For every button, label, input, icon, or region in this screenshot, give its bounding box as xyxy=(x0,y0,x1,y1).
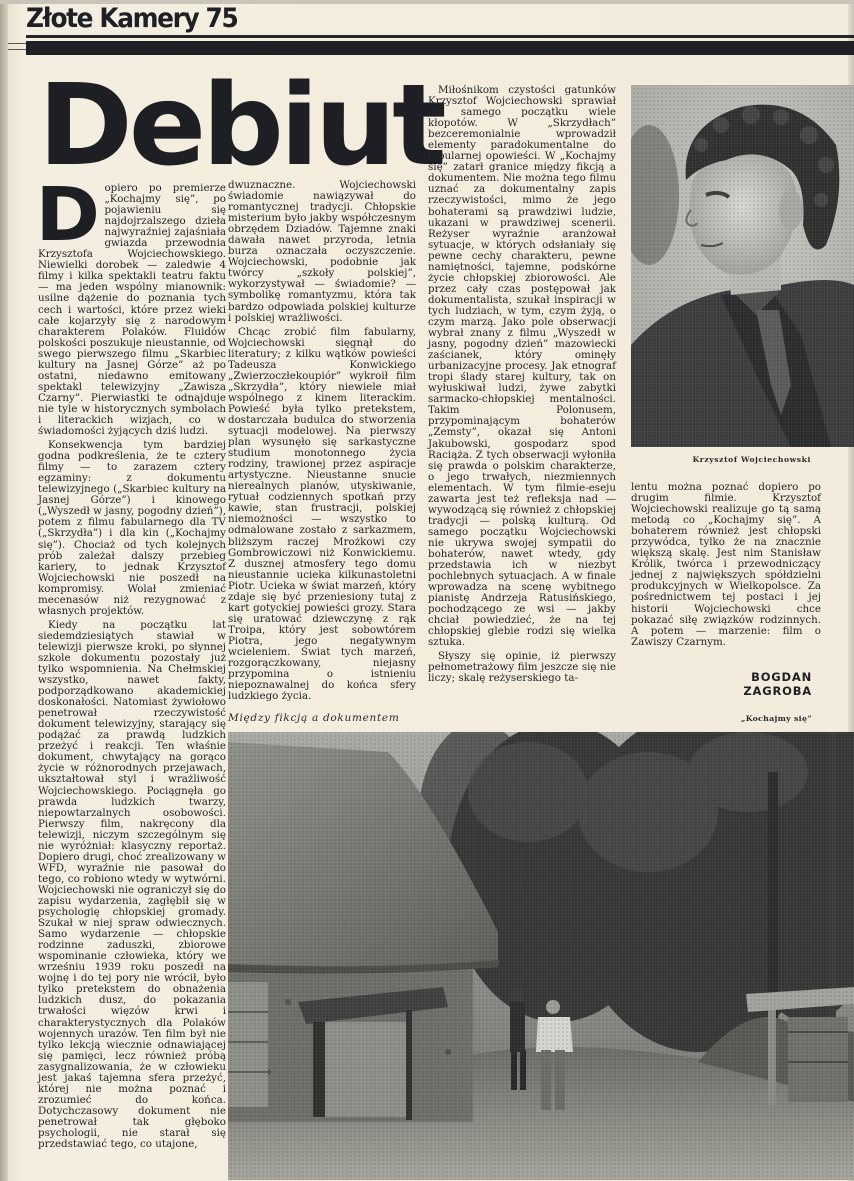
village-photo-icon xyxy=(228,732,854,1180)
photo-caption-right: „Kochajmy się” xyxy=(700,714,812,723)
header-rule-thick xyxy=(26,41,854,55)
paragraph: Słyszy się opinie, iż pierwszy pełnometr… xyxy=(428,651,616,684)
photo-caption-left: Między fikcją a dokumentem xyxy=(228,712,428,724)
gutter-rule-mark xyxy=(8,49,26,50)
drop-cap: D xyxy=(35,185,100,245)
gutter-rule-mark xyxy=(8,43,26,44)
article-headline: Debiut xyxy=(38,76,443,176)
paragraph: D opiero po premierze „Kochajmy się”, po… xyxy=(38,183,226,437)
paragraph: dwuznaczne. Wojciechowski świadomie nawi… xyxy=(228,180,416,324)
author-last-name: ZAGROBA xyxy=(700,684,812,698)
article-column-3: Miłośnikom czystości gatunków Krzysztof … xyxy=(428,85,616,685)
paragraph: Konsekwencja tym bardziej godna podkreśl… xyxy=(38,440,226,617)
article-column-2: dwuznaczne. Wojciechowski świadomie nawi… xyxy=(228,180,416,702)
paragraph: Miłośnikom czystości gatunków Krzysztof … xyxy=(428,85,616,648)
author-byline: BOGDAN ZAGROBA xyxy=(700,670,812,698)
header-rule-thin xyxy=(26,35,854,38)
article-column-4: lentu można poznać dopiero po drugim fil… xyxy=(631,482,821,648)
page-gutter-shadow xyxy=(0,0,8,1181)
paragraph: Kiedy na początku lat siedemdziesiątych … xyxy=(38,620,226,1150)
article-column-1: D opiero po premierze „Kochajmy się”, po… xyxy=(38,183,226,1150)
paragraph: lentu można poznać dopiero po drugim fil… xyxy=(631,482,821,648)
running-title: Złote Kamery 75 xyxy=(26,4,237,34)
paragraph: Chcąc zrobić film fabularny, Wojciechows… xyxy=(228,327,416,703)
portrait-caption: Krzysztof Wojciechowski xyxy=(631,455,811,464)
author-first-name: BOGDAN xyxy=(700,670,812,684)
magazine-page: Złote Kamery 75 Debiut D opiero po premi… xyxy=(0,0,854,1181)
photo-grain xyxy=(228,732,854,1180)
portrait-photo-icon xyxy=(631,85,854,447)
photo-grain xyxy=(631,85,854,447)
